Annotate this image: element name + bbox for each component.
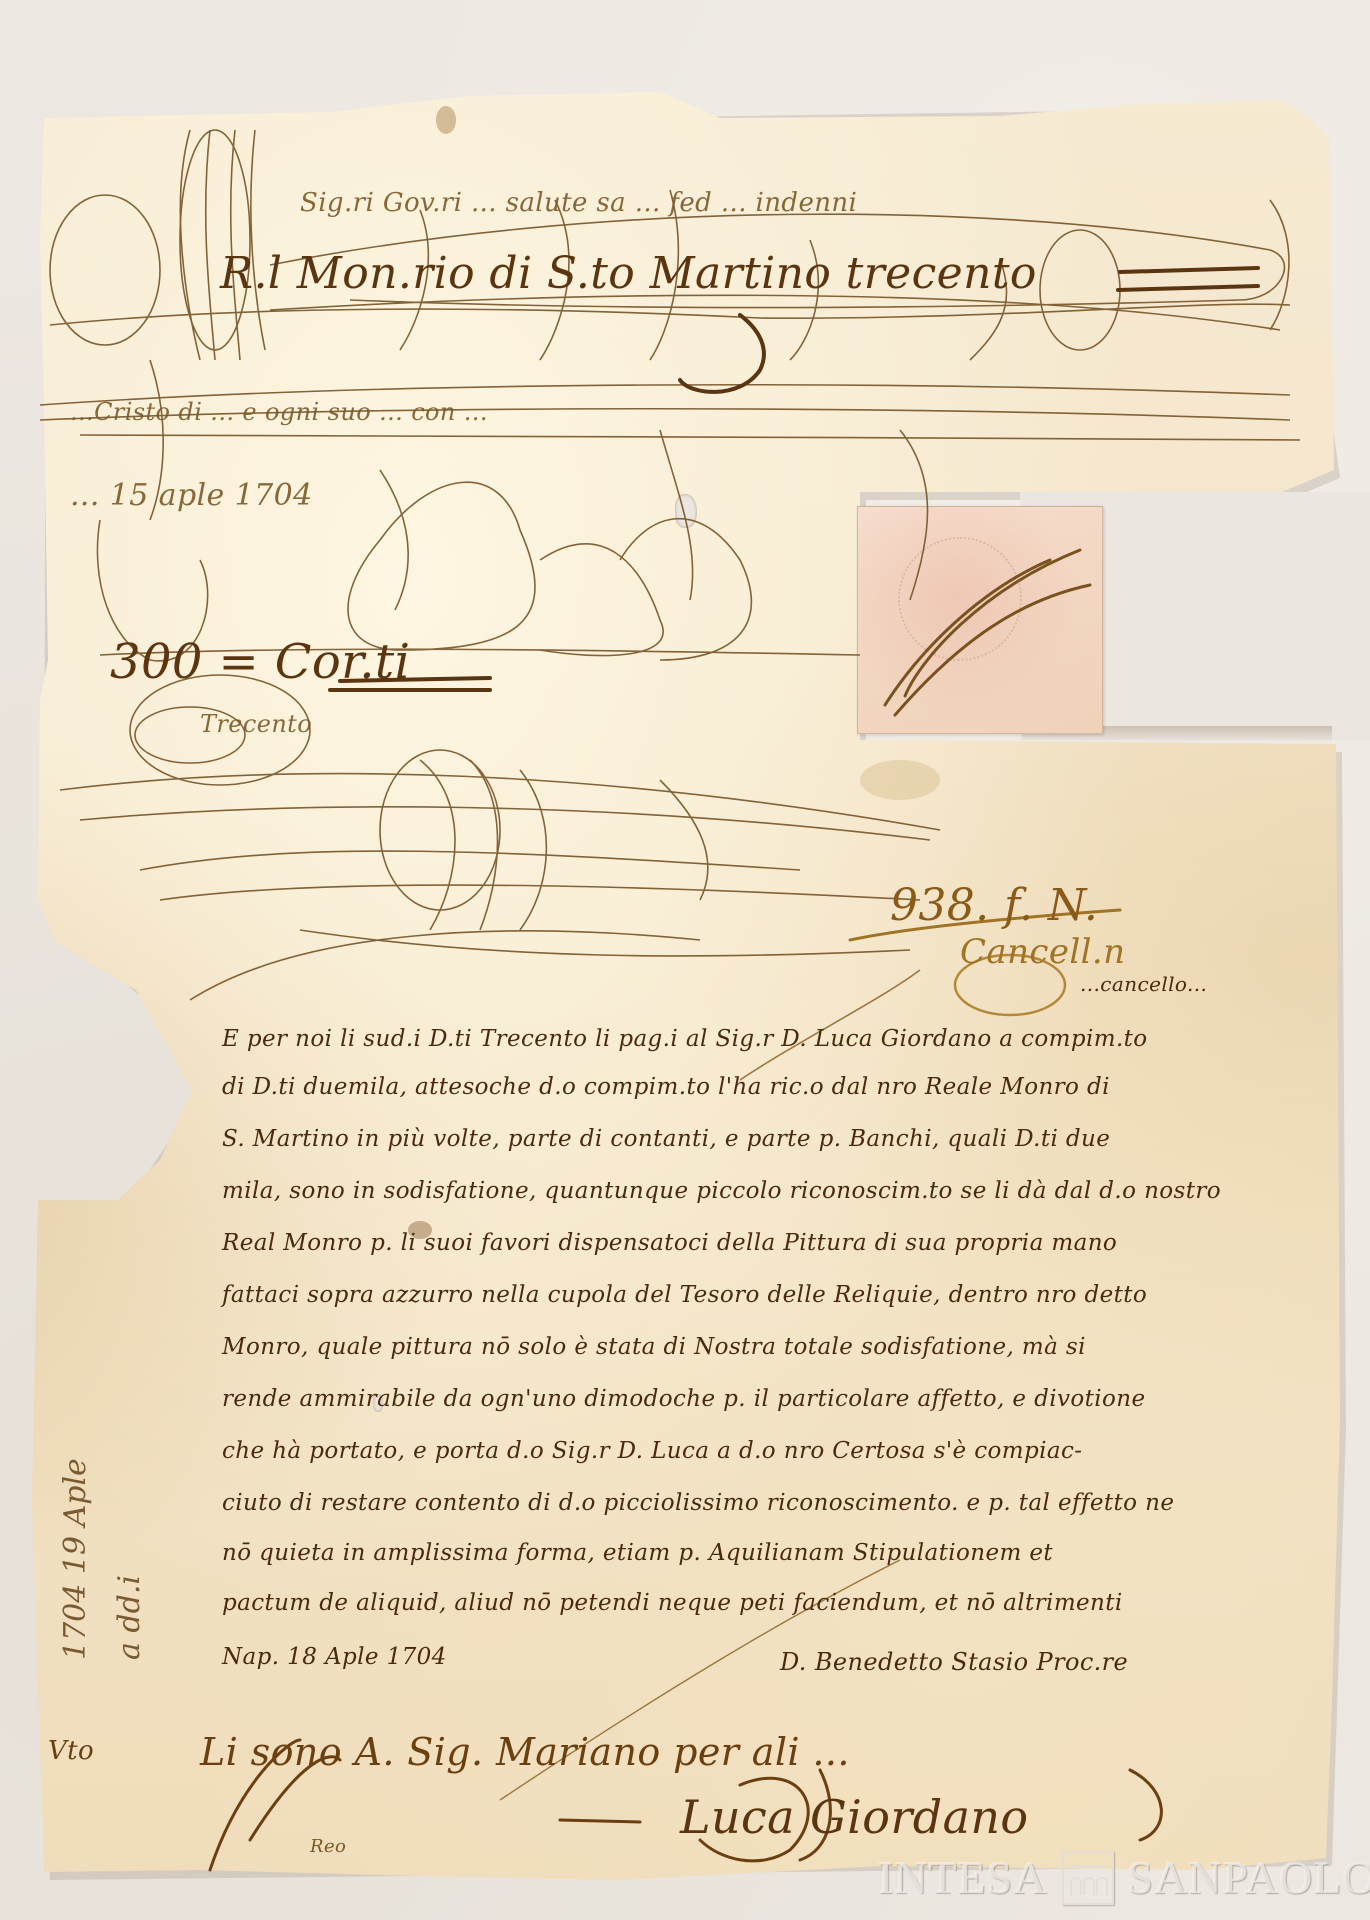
header-line-3: ...Cristo di ... e ogni suo ... con ... — [70, 398, 488, 426]
margin-note: a dd.i — [112, 1575, 147, 1660]
register-number: 938. f. N. — [890, 880, 1098, 931]
body-line: Monro, quale pittura nō solo è stata di … — [222, 1334, 1086, 1360]
painter-signature: Luca Giordano — [680, 1790, 1029, 1844]
endorsement-text: Li sono A. Sig. Mariano per ali ... — [200, 1730, 850, 1774]
cancellation-mark: Cancell.n — [960, 932, 1125, 972]
small-note: Reo — [310, 1836, 346, 1857]
header-line-1: Sig.ri Gov.ri ... salute sa ... fed ... … — [300, 188, 857, 218]
body-line: che hà portato, e porta d.o Sig.r D. Luc… — [222, 1438, 1082, 1464]
bank-watermark: INTESA SANPAOLO — [878, 1848, 1370, 1908]
watermark-left-text: INTESA — [878, 1855, 1048, 1901]
body-line: E per noi li sud.i D.ti Trecento li pag.… — [222, 1026, 1148, 1052]
header-line-4: ... 15 aple 1704 — [70, 478, 313, 513]
embossed-seal-icon — [898, 537, 1022, 661]
body-line: mila, sono in sodisfatione, quantunque p… — [222, 1178, 1221, 1204]
watermark-right-text: SANPAOLO — [1128, 1855, 1370, 1901]
body-line: ciuto di restare contento di d.o picciol… — [222, 1490, 1174, 1516]
clerk-mark: ...cancello... — [1080, 972, 1207, 996]
date-line: Nap. 18 Aple 1704 — [222, 1644, 447, 1670]
bridge-arches-logo-icon — [1062, 1851, 1114, 1905]
header-line-2: R.l Mon.rio di S.to Martino trecento — [220, 248, 1037, 299]
body-line: di D.ti duemila, attesoche d.o compim.to… — [222, 1074, 1110, 1100]
paper-hole — [675, 494, 697, 528]
amount-in-words: Trecento — [200, 710, 312, 738]
visto-mark: Vto — [48, 1736, 94, 1766]
body-line: nō quieta in amplissima forma, etiam p. … — [222, 1540, 1053, 1566]
body-line: rende ammirabile da ogn'uno dimodoche p.… — [222, 1386, 1146, 1412]
amount-figure: 300 = Cor.ti — [110, 634, 410, 690]
margin-date-note: 1704 19 Aple — [58, 1458, 93, 1660]
body-line: pactum de aliquid, aliud nō petendi nequ… — [222, 1590, 1123, 1616]
body-line: Real Monro p. li suoi favori dispensatoc… — [222, 1230, 1117, 1256]
body-line: fattaci sopra azzurro nella cupola del T… — [222, 1282, 1147, 1308]
body-line: S. Martino in più volte, parte di contan… — [222, 1126, 1110, 1152]
procurator-signature: D. Benedetto Stasio Proc.re — [780, 1648, 1128, 1676]
stamp-paper-patch — [857, 506, 1103, 734]
